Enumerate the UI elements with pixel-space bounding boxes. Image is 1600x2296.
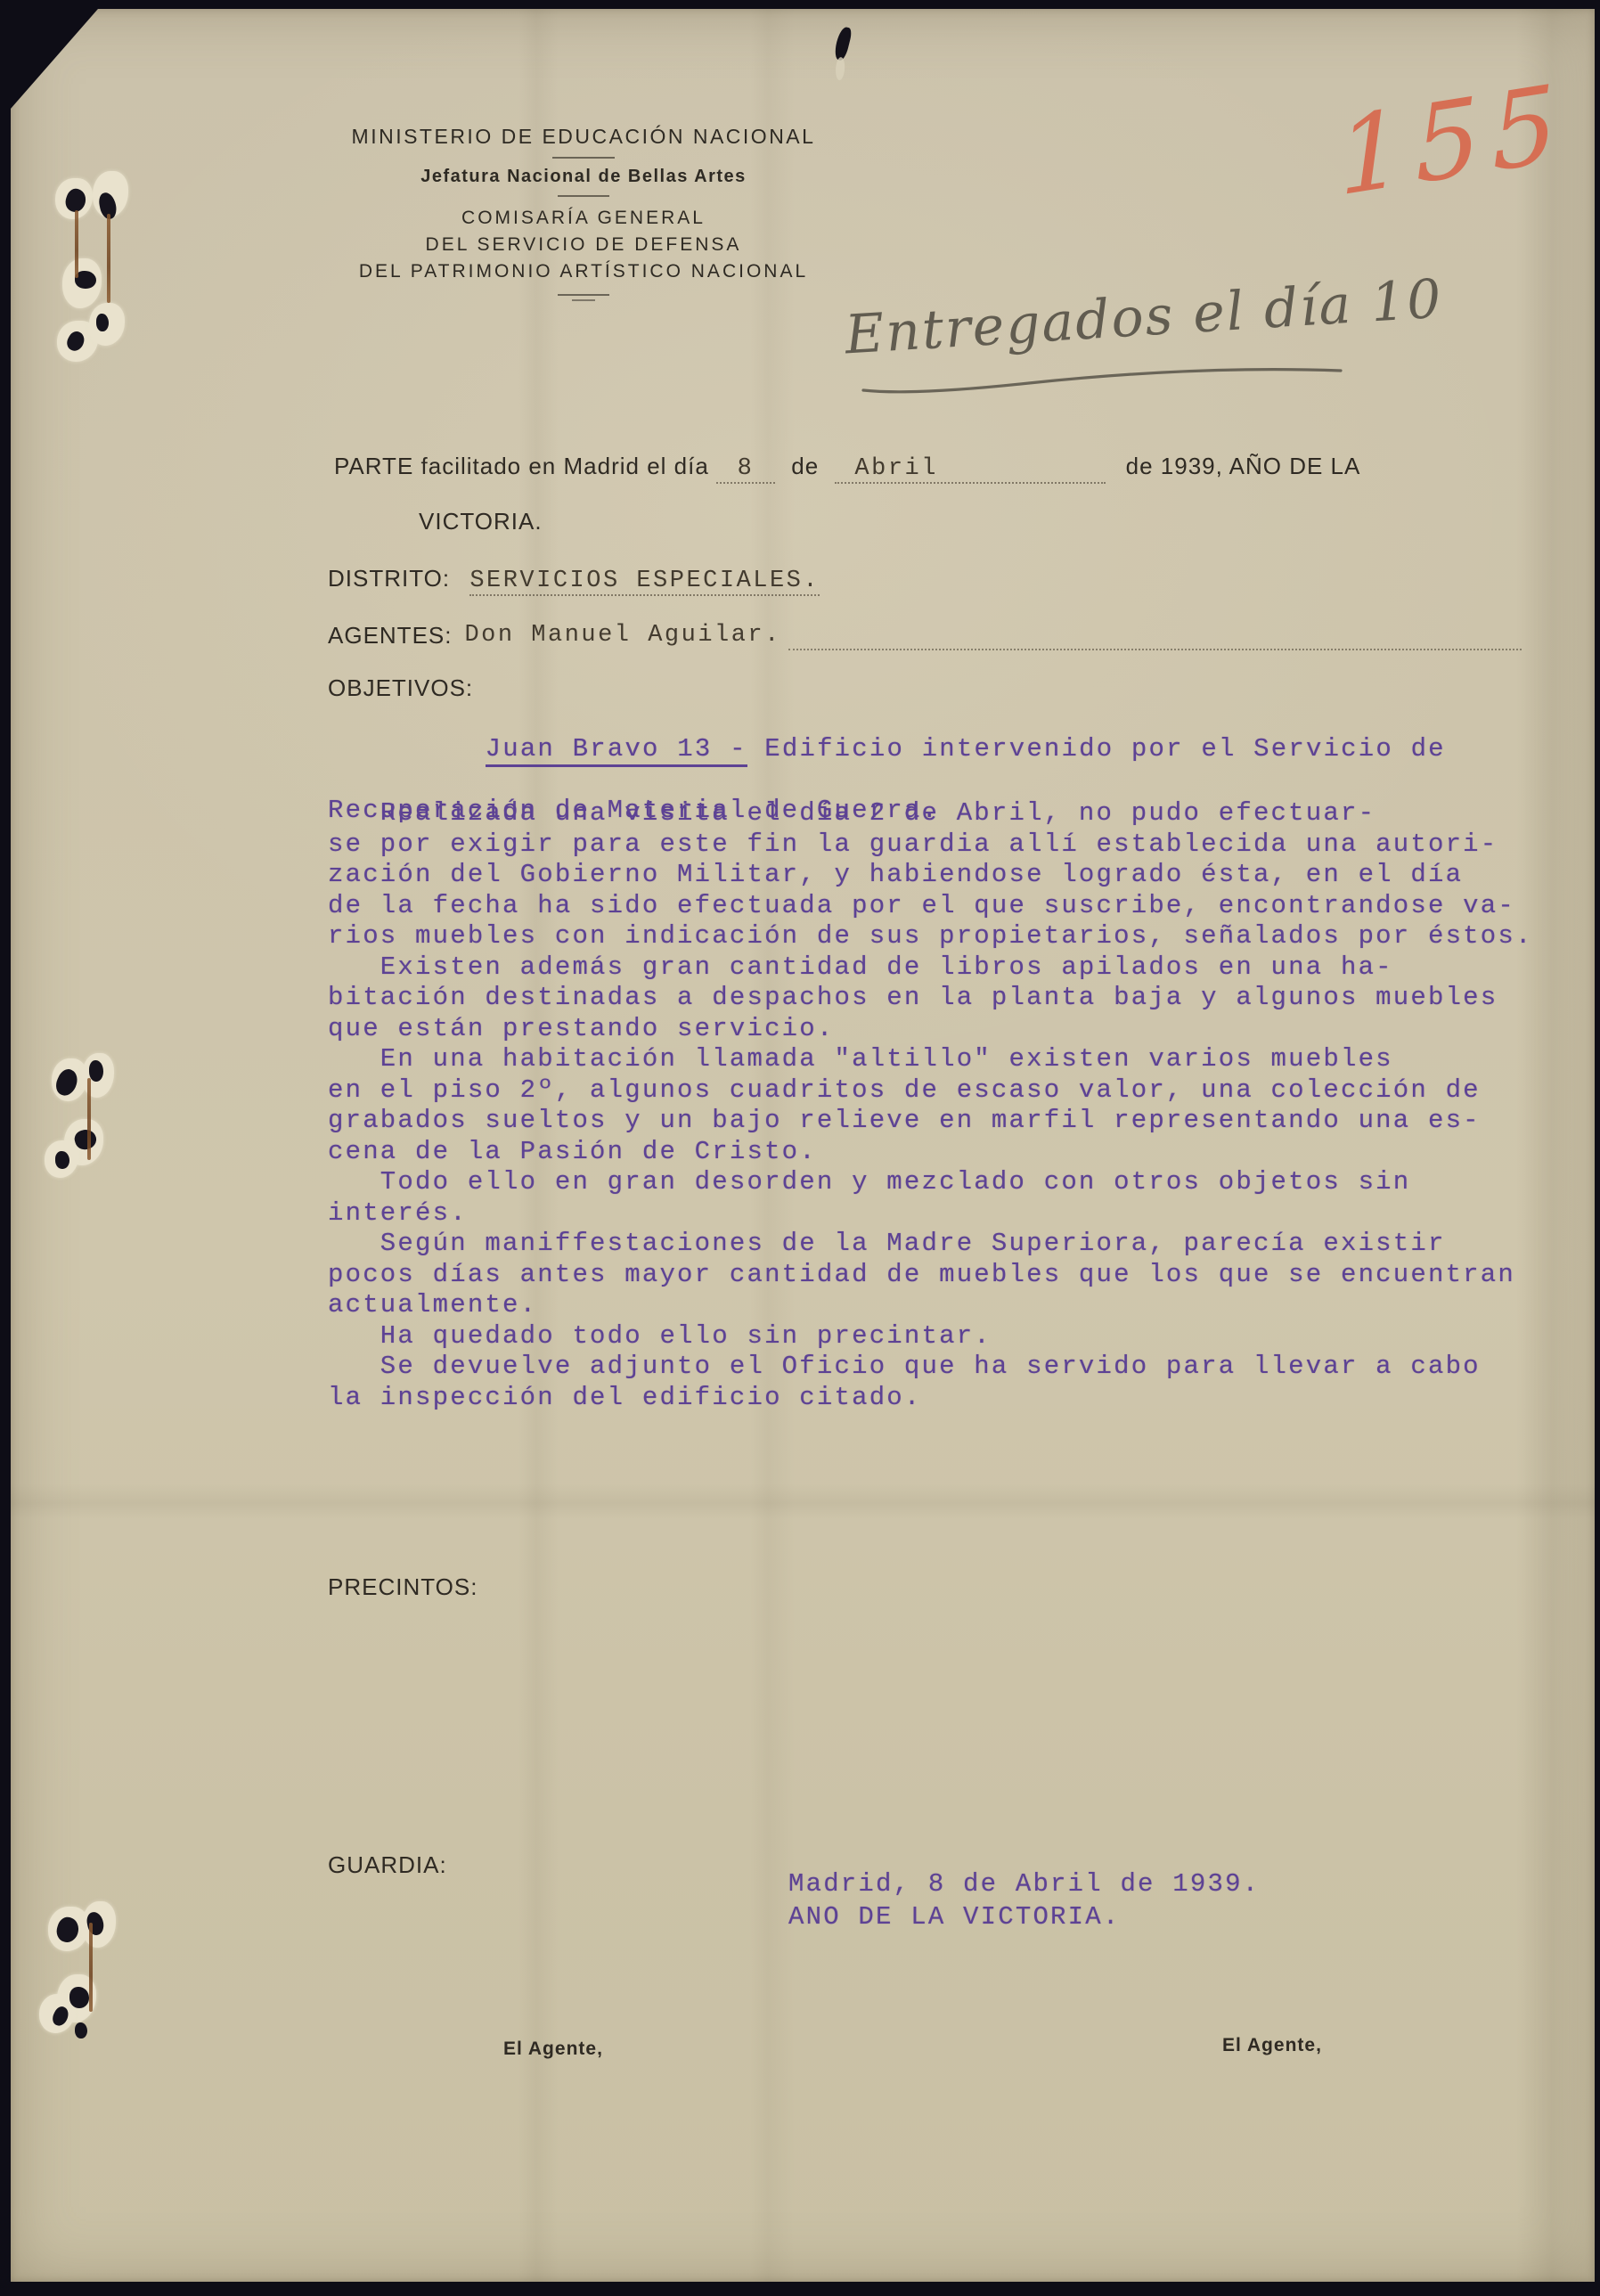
precintos-label: PRECINTOS: xyxy=(328,1573,478,1601)
parte-suffix: de 1939, AÑO DE LA xyxy=(1126,453,1361,479)
subject-rest: Edificio intervenido por el Servicio de xyxy=(747,734,1446,764)
body-paragraph: Según maniffestaciones de la Madre Super… xyxy=(328,1229,1566,1321)
body-paragraph: Ha quedado todo ello sin precintar. xyxy=(328,1321,1566,1352)
agentes-label: AGENTES: xyxy=(328,622,452,650)
body-paragraph: En una habitación llamada "altillo" exis… xyxy=(328,1044,1566,1167)
agent-signature-label-right: El Agente, xyxy=(1222,2035,1322,2056)
distrito-label: DISTRITO: xyxy=(328,565,450,592)
report-body: Realizada una visita el día 2 de Abril, … xyxy=(328,798,1566,1413)
commissariat-line: DEL PATRIMONIO ARTÍSTICO NACIONAL xyxy=(223,258,944,285)
body-paragraph: Existen además gran cantidad de libros a… xyxy=(328,952,1566,1045)
separator-line xyxy=(558,195,609,197)
body-paragraph: Se devuelve adjunto el Oficio que ha ser… xyxy=(328,1352,1566,1413)
agent-signature-label-left: El Agente, xyxy=(503,2039,603,2060)
parte-line: PARTE facilitado en Madrid el día 8 de A… xyxy=(334,453,1360,484)
document-scan: MINISTERIO DE EDUCACIÓN NACIONAL Jefatur… xyxy=(0,0,1600,2296)
closing-date: Madrid, 8 de Abril de 1939.ANO DE LA VIC… xyxy=(788,1867,1260,1933)
agentes-line: AGENTES: Don Manuel Aguilar. xyxy=(328,622,1522,650)
month-field: Abril xyxy=(835,455,1106,484)
commissariat-line: COMISARÍA GENERAL xyxy=(223,205,944,232)
separator-double-line xyxy=(558,294,609,301)
dotted-rule xyxy=(788,622,1522,650)
date-line1: Madrid, 8 de Abril de 1939. xyxy=(788,1869,1260,1899)
handwritten-underline xyxy=(860,356,1367,401)
guardia-label: GUARDIA: xyxy=(328,1851,447,1879)
agentes-field: Don Manuel Aguilar. xyxy=(464,622,780,650)
objetivos-label: OBJETIVOS: xyxy=(328,674,473,702)
separator-line xyxy=(552,157,615,159)
body-paragraph: Realizada una visita el día 2 de Abril, … xyxy=(328,798,1566,952)
parte-prefix: PARTE facilitado en Madrid el día xyxy=(334,453,709,479)
letterhead: MINISTERIO DE EDUCACIÓN NACIONAL Jefatur… xyxy=(223,125,944,301)
body-paragraph: Todo ello en gran desorden y mezclado co… xyxy=(328,1167,1566,1229)
distrito-field: SERVICIOS ESPECIALES. xyxy=(469,568,820,596)
date-line2: ANO DE LA VICTORIA. xyxy=(788,1902,1120,1932)
commissariat-line: DEL SERVICIO DE DEFENSA xyxy=(223,232,944,258)
department-name: Jefatura Nacional de Bellas Artes xyxy=(223,167,944,187)
day-field: 8 xyxy=(716,455,775,484)
de-label: de xyxy=(791,453,819,479)
victoria-label: VICTORIA. xyxy=(419,508,543,535)
distrito-line: DISTRITO: SERVICIOS ESPECIALES. xyxy=(328,565,820,596)
ministry-name: MINISTERIO DE EDUCACIÓN NACIONAL xyxy=(223,125,944,149)
subject-address-underlined: Juan Bravo 13 - xyxy=(486,734,747,767)
